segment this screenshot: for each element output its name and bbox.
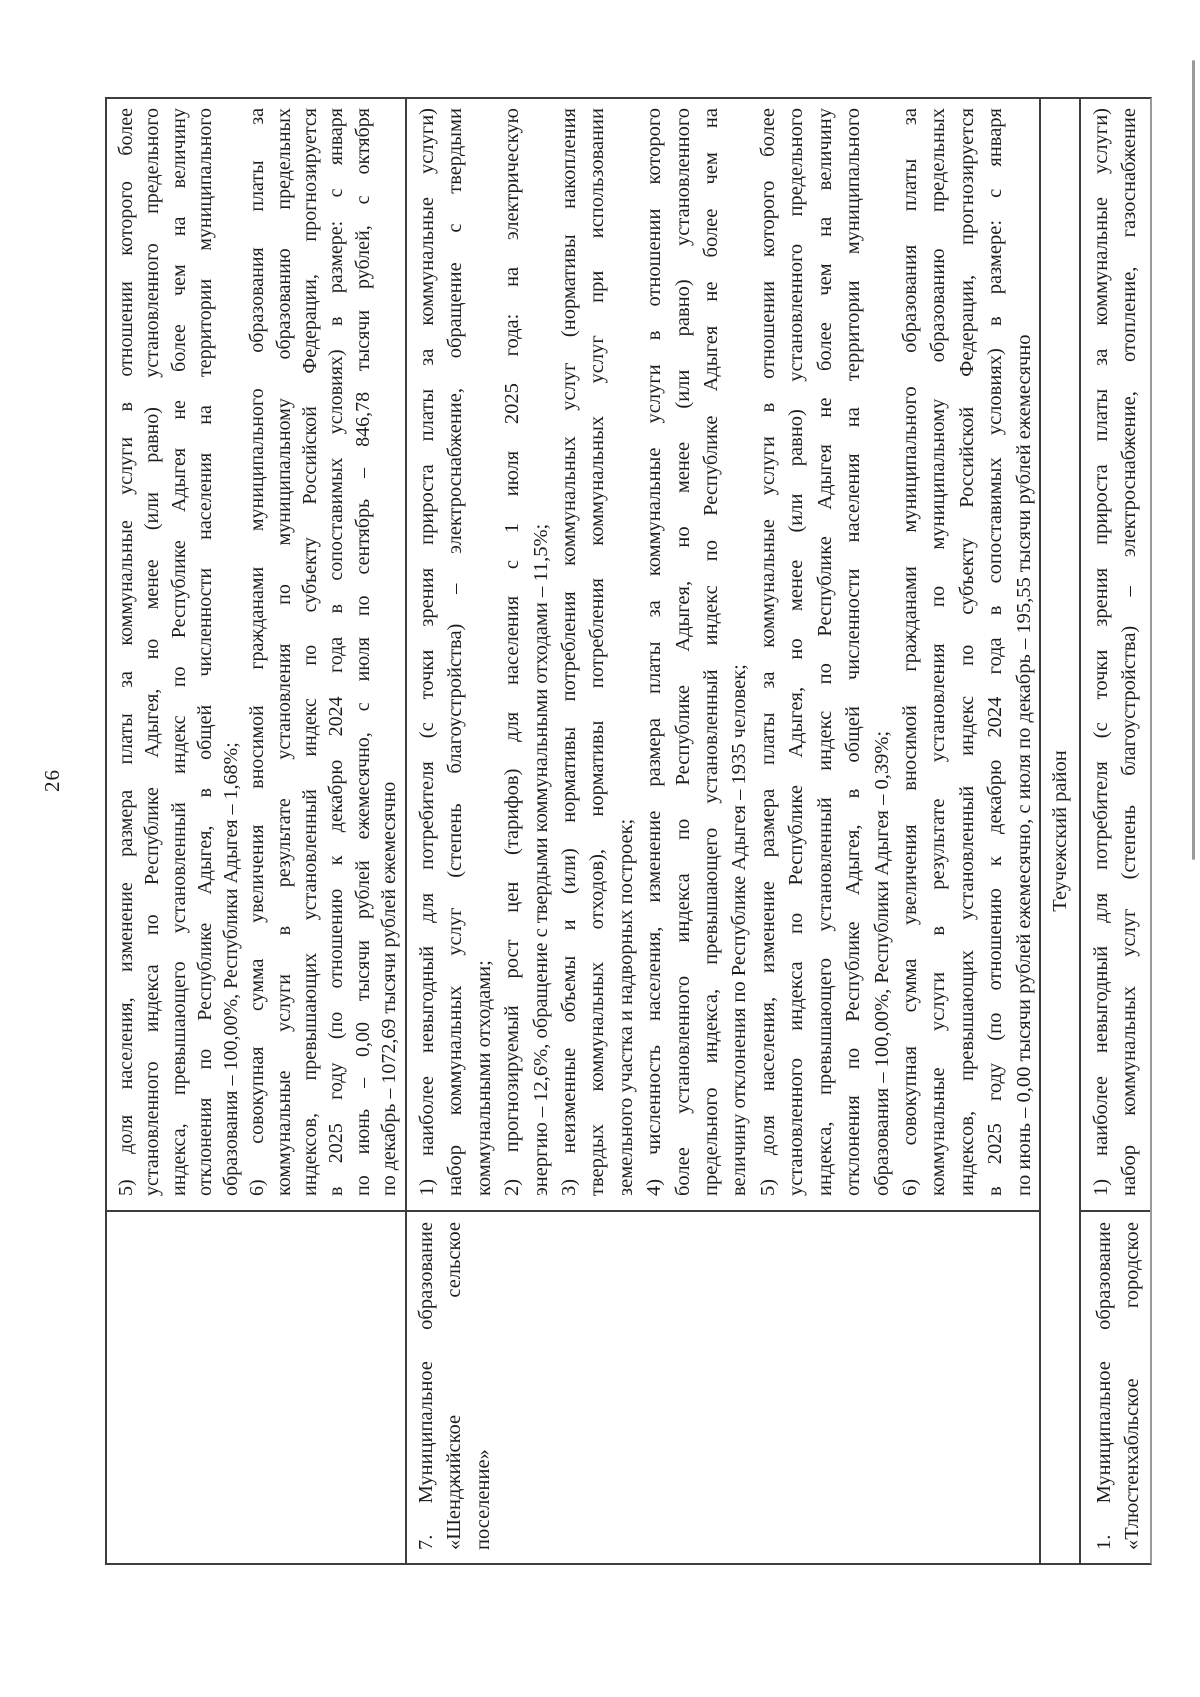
description-line: 3) неизменные объемы и (или) нормативы п…	[555, 108, 583, 1196]
description-line: коммунальные услуги в результате установ…	[271, 108, 297, 1196]
entity-name-cell: 7. Муниципальное образование«Шенджийское…	[407, 1210, 1039, 1563]
description-line: 4) численность населения, изменение разм…	[640, 108, 668, 1196]
scanned-page: 26 5) доля населения, изменение размера …	[0, 0, 1200, 1697]
description-line: твердых коммунальных отходов), нормативы…	[583, 108, 611, 1196]
description-line: индексов, превышающих установленный инде…	[953, 108, 981, 1196]
description-line: отклонения по Республике Адыгея, в общей…	[839, 108, 867, 1196]
description-line: 1) наиболее невыгодный для потребителя (…	[413, 108, 441, 1196]
description-line: 6) совокупная сумма увеличения вносимой …	[244, 108, 270, 1196]
table-row: 1. Муниципальное образование«Тлюстенхабл…	[1079, 99, 1150, 1563]
description-line: по декабрь – 1072,69 тысячи рублей ежеме…	[376, 108, 402, 1196]
scanned-document: { "colors": { "ink": "#1d1d1d", "border"…	[0, 0, 1200, 1697]
description-line: коммунальными отходами;	[470, 108, 498, 1196]
description-cell: 1) наиболее невыгодный для потребителя (…	[407, 99, 1039, 1210]
description-line: в 2025 году (по отношению к декабрю 2024…	[323, 108, 349, 1196]
description-line: величину отклонения по Республике Адыгея…	[725, 108, 753, 1196]
description-line: 6) совокупная сумма увеличения вносимой …	[896, 108, 924, 1196]
description-line: индекса, превышающего установленный инде…	[811, 108, 839, 1196]
description-line: предельного индекса, превышающего устано…	[697, 108, 725, 1196]
description-line: установленного индекса по Республике Ады…	[782, 108, 810, 1196]
table-row: 5) доля населения, изменение размера пла…	[107, 99, 405, 1563]
table-row: 7. Муниципальное образование«Шенджийское…	[405, 99, 1039, 1563]
scan-edge-artifact	[1192, 60, 1195, 860]
description-line: набор коммунальных услуг (степень благоу…	[1115, 108, 1143, 1196]
entity-name-line: 7. Муниципальное образование	[412, 1222, 440, 1550]
description-line: более установленного индекса по Республи…	[669, 108, 697, 1196]
entity-name-cell	[107, 1210, 405, 1563]
description-cell: 1) наиболее невыгодный для потребителя (…	[1081, 99, 1150, 1210]
description-line: индекса, превышающего установленный инде…	[166, 108, 192, 1196]
description-line: 1) наиболее невыгодный для потребителя (…	[1087, 108, 1115, 1196]
description-line: 2) прогнозируемый рост цен (тарифов) для…	[498, 108, 526, 1196]
description-line: образования – 100,00%, Республики Адыгея…	[218, 108, 244, 1196]
tariff-table: 5) доля населения, изменение размера пла…	[105, 97, 1152, 1565]
entity-name-line: 1. Муниципальное образование	[1090, 1222, 1118, 1550]
entity-name-line: поселение»	[469, 1222, 497, 1550]
description-line: отклонения по Республике Адыгея, в общей…	[192, 108, 218, 1196]
description-line: образования – 100,00%, Республики Адыгея…	[868, 108, 896, 1196]
entity-name-line: «Шенджийское сельское	[440, 1222, 468, 1550]
description-line: индексов, превышающих установленный инде…	[297, 108, 323, 1196]
description-line: по июнь – 0,00 тысячи рублей ежемесячно,…	[1010, 108, 1038, 1196]
description-line: в 2025 году (по отношению к декабрю 2024…	[981, 108, 1009, 1196]
entity-name-line: «Тлюстенхабльское городское	[1118, 1222, 1146, 1550]
section-header-row: Теучежский район	[1039, 99, 1079, 1563]
description-line: энергию – 12,6%, обращение с твердыми ко…	[527, 108, 555, 1196]
description-line: коммунальные услуги в результате установ…	[924, 108, 952, 1196]
entity-name-cell: 1. Муниципальное образование«Тлюстенхабл…	[1081, 1210, 1150, 1563]
description-line: 5) доля населения, изменение размера пла…	[754, 108, 782, 1196]
description-line: набор коммунальных услуг (степень благоу…	[441, 108, 469, 1196]
description-line: 5) доля населения, изменение размера пла…	[113, 108, 139, 1196]
description-line: земельного участка и надворных построек;	[612, 108, 640, 1196]
page-number: 26	[40, 769, 65, 792]
section-title: Теучежский район	[1049, 750, 1072, 911]
description-line: по июнь – 0,00 тысячи рублей ежемесячно,…	[350, 108, 376, 1196]
description-line: установленного индекса по Республике Ады…	[139, 108, 165, 1196]
description-cell: 5) доля населения, изменение размера пла…	[107, 99, 405, 1210]
